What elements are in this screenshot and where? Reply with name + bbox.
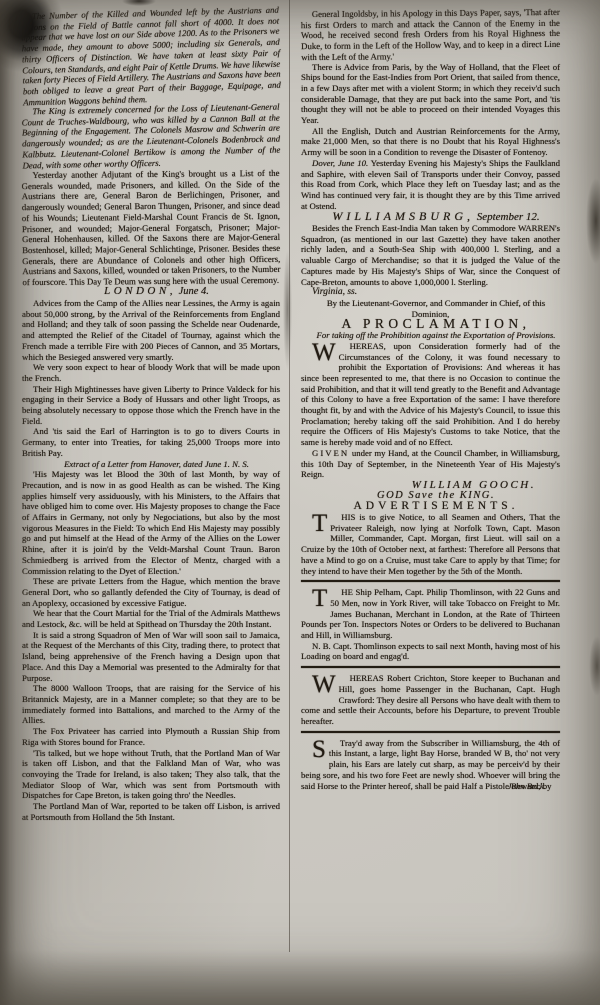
spaced-caps: LONDON, bbox=[104, 285, 176, 297]
left-column: The Number of the Killed and Wounded lef… bbox=[22, 8, 280, 822]
paragraph-harrington: And 'tis said the Earl of Harrington is … bbox=[22, 426, 280, 458]
paragraph-walloon-troops: The 8000 Walloon Troops, that are raisin… bbox=[22, 683, 280, 726]
right-column: General Ingoldsby, in his Apology in thi… bbox=[301, 8, 560, 791]
advert-divider-3 bbox=[301, 731, 560, 733]
ad-privateer-raleigh: THIS is to give Notice, to all Seamen an… bbox=[301, 512, 560, 576]
paragraph-fox-privateer: The Fox Privateer has carried into Plymo… bbox=[22, 726, 280, 747]
paper-stain bbox=[283, 250, 292, 370]
ad-robert-crichton: WHEREAS Robert Crichton, Store keeper to… bbox=[301, 673, 560, 727]
dateline-lead: Dover, June 10. bbox=[312, 158, 368, 168]
newspaper-page: The Number of the Killed and Wounded lef… bbox=[0, 0, 600, 1005]
heading-london: LONDON, June 4. bbox=[22, 286, 280, 298]
paragraph-given: GIVEN under my Hand, at the Council Cham… bbox=[301, 448, 560, 480]
paper-stain bbox=[589, 636, 600, 696]
heading-proclamation: A PROCLAMATION, bbox=[301, 319, 560, 330]
paragraph-king-concerned: The King is extremely concerned for the … bbox=[21, 102, 280, 171]
drop-cap: W bbox=[301, 673, 339, 695]
ad-ship-pelham: THE Ship Pelham, Capt. Philip Thomlinson… bbox=[301, 587, 560, 641]
paragraph-portland-rumour: 'Tis talked, but we hope without Truth, … bbox=[22, 748, 280, 802]
column-divider-rule bbox=[289, 0, 290, 952]
drop-cap: W bbox=[301, 341, 339, 363]
paragraph-warren-captures: Besides the French East-India Man taken … bbox=[301, 223, 560, 287]
heading-letter-extract: Extract of a Letter from Hanover, dated … bbox=[22, 459, 280, 470]
drop-cap: S bbox=[301, 738, 329, 760]
drop-cap: T bbox=[301, 587, 330, 609]
paper-edge-shadow bbox=[0, 950, 600, 1005]
drop-cap: T bbox=[301, 512, 330, 534]
paragraph-portland-arrived: The Portland Man of War, reported to be … bbox=[22, 801, 280, 822]
paragraph-jamaica-squadron: It is said a strong Squadron of Men of W… bbox=[22, 630, 280, 684]
paragraph-casualties: The Number of the Killed and Wounded lef… bbox=[21, 5, 281, 108]
paragraph-bloody-work: We very soon expect to hear of bloody Wo… bbox=[22, 362, 280, 383]
paragraph-majesty-blood: 'His Majesty was let Blood the 30th of l… bbox=[22, 469, 280, 576]
ad-pelham-nb: N. B. Capt. Thomlinson expects to sail n… bbox=[301, 641, 560, 662]
paragraph-reinforcements: All the English, Dutch and Austrian Rein… bbox=[301, 126, 560, 158]
paper-stain bbox=[586, 178, 600, 264]
paragraph-dover: Dover, June 10. Yesterday Evening his Ma… bbox=[301, 158, 560, 212]
paragraph-court-martial: We hear that the Court Martial for the T… bbox=[22, 608, 280, 629]
advert-divider-2 bbox=[301, 666, 560, 668]
paragraph-whereas-prohibition: WHEREAS, upon Consideration formerly had… bbox=[301, 341, 560, 448]
paragraph-paris-advice: There is Advice from Paris, by the Way o… bbox=[301, 62, 560, 126]
heading-virginia: Virginia, ss. bbox=[301, 287, 560, 298]
advert-divider-1 bbox=[301, 580, 560, 582]
heading-williamsburg: WILLIAMSBURG, September 12. bbox=[301, 211, 560, 223]
paper-stain bbox=[0, 0, 16, 1005]
paragraph-general-dort: These are private Letters from the Hague… bbox=[22, 576, 280, 608]
paper-stain bbox=[122, 0, 156, 6]
paragraph-high-mightinesses: Their High Mightinesses have given Liber… bbox=[22, 384, 280, 427]
spaced-caps: WILLIAMSBURG, bbox=[332, 209, 474, 223]
paragraph-advices-camp: Advices from the Camp of the Allies near… bbox=[22, 298, 280, 362]
heading-advertisements: ADVERTISEMENTS. bbox=[301, 501, 560, 512]
spaced-caps: GIVEN bbox=[312, 448, 349, 458]
paragraph-generals-list: Yesterday another Adjutant of the King's… bbox=[21, 167, 280, 287]
paragraph-ingoldsby: General Ingoldsby, in his Apology in thi… bbox=[301, 7, 560, 63]
proclamation-subtitle: For taking off the Prohibition against t… bbox=[301, 330, 560, 341]
